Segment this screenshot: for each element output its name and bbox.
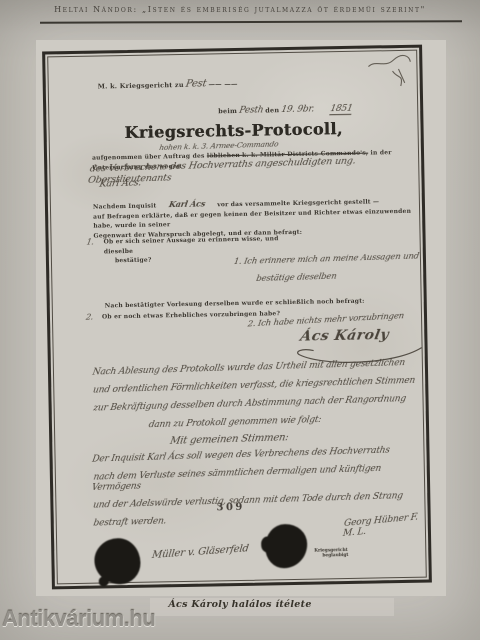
seal-caption-line2: beglaubigt <box>322 552 350 557</box>
court-line-printed: M. k. Kriegsgericht zu <box>98 81 184 91</box>
verdict-line: nach dem Verluste seines sämmtlichen der… <box>91 462 429 492</box>
running-header: Heltai Nándor: „Isten és emberiség jutal… <box>0 5 480 14</box>
date-day-handwriting: 19. <box>280 105 295 115</box>
question2-margin-mark: 2. <box>85 313 94 322</box>
court-line-blanks: —— —— <box>208 80 237 89</box>
book-page: Heltai Nándor: „Isten és emberiség jutal… <box>0 0 480 640</box>
body1-pre: Nachdem Inquisit <box>93 202 157 210</box>
date-line: beim Pesth den 19. 9br. 1851 <box>218 104 352 117</box>
wax-seal-left <box>94 538 141 585</box>
corner-scribble-mark <box>365 51 414 94</box>
date-year-handwriting: 1851 <box>329 104 353 115</box>
signature-middle-handwriting: Müller v. Gläserfeld <box>151 543 249 561</box>
court-line: M. k. Kriegsgericht zu Pest —— —— <box>98 78 238 92</box>
deliberation-line: dann zu Protokoll genommen wie folgt: <box>148 412 427 431</box>
answer1-line2-handwriting: bestätige dieselben <box>255 272 337 284</box>
question1-margin-mark: 1. <box>86 238 95 247</box>
deliberation-paragraph-handwriting: Nach Ablesung des Protokolls wurde das U… <box>93 360 426 430</box>
document-frame: M. k. Kriegsgericht zu Pest —— —— beim P… <box>42 45 432 590</box>
date-beim-label: beim <box>218 107 237 115</box>
verdict-line: und der Adelswürde verlustig, sodann mit… <box>92 490 428 510</box>
date-month-handwriting: 9br. <box>296 105 315 115</box>
inquisit-name-handwriting: Karl Ács <box>168 200 206 210</box>
wax-seal-right <box>265 524 308 569</box>
date-place-handwriting: Pesth <box>238 105 264 115</box>
page-number-stamp: 309 <box>216 502 245 514</box>
wax-seal-right-edge <box>261 536 275 552</box>
wax-seal-left-edge <box>99 576 109 586</box>
date-den-label: den <box>265 106 279 114</box>
charge-line-2-handwriting: Karl Ács. <box>99 177 143 189</box>
header-rule <box>40 20 462 23</box>
deliberation-line: Nach Ablesung des Protokolls wurde das U… <box>92 358 426 378</box>
seal-caption-stamp: Kriegsgericht beglaubigt <box>314 548 360 560</box>
antikvarium-watermark: Antikvárium.hu <box>2 606 155 632</box>
inquisit-signature: Ács Károly <box>299 327 390 345</box>
deliberation-line: und ordentlichen Förmlichkeiten verfasst… <box>92 376 426 396</box>
verdict-paragraph-handwriting: Der Inquisit Karl Ács soll wegen des Ver… <box>92 447 427 527</box>
court-place-handwriting: Pest <box>185 79 207 90</box>
deliberation-line: zur Bekräftigung desselben durch Abstimm… <box>92 394 426 414</box>
document-photo: M. k. Kriegsgericht zu Pest —— —— beim P… <box>36 40 446 596</box>
